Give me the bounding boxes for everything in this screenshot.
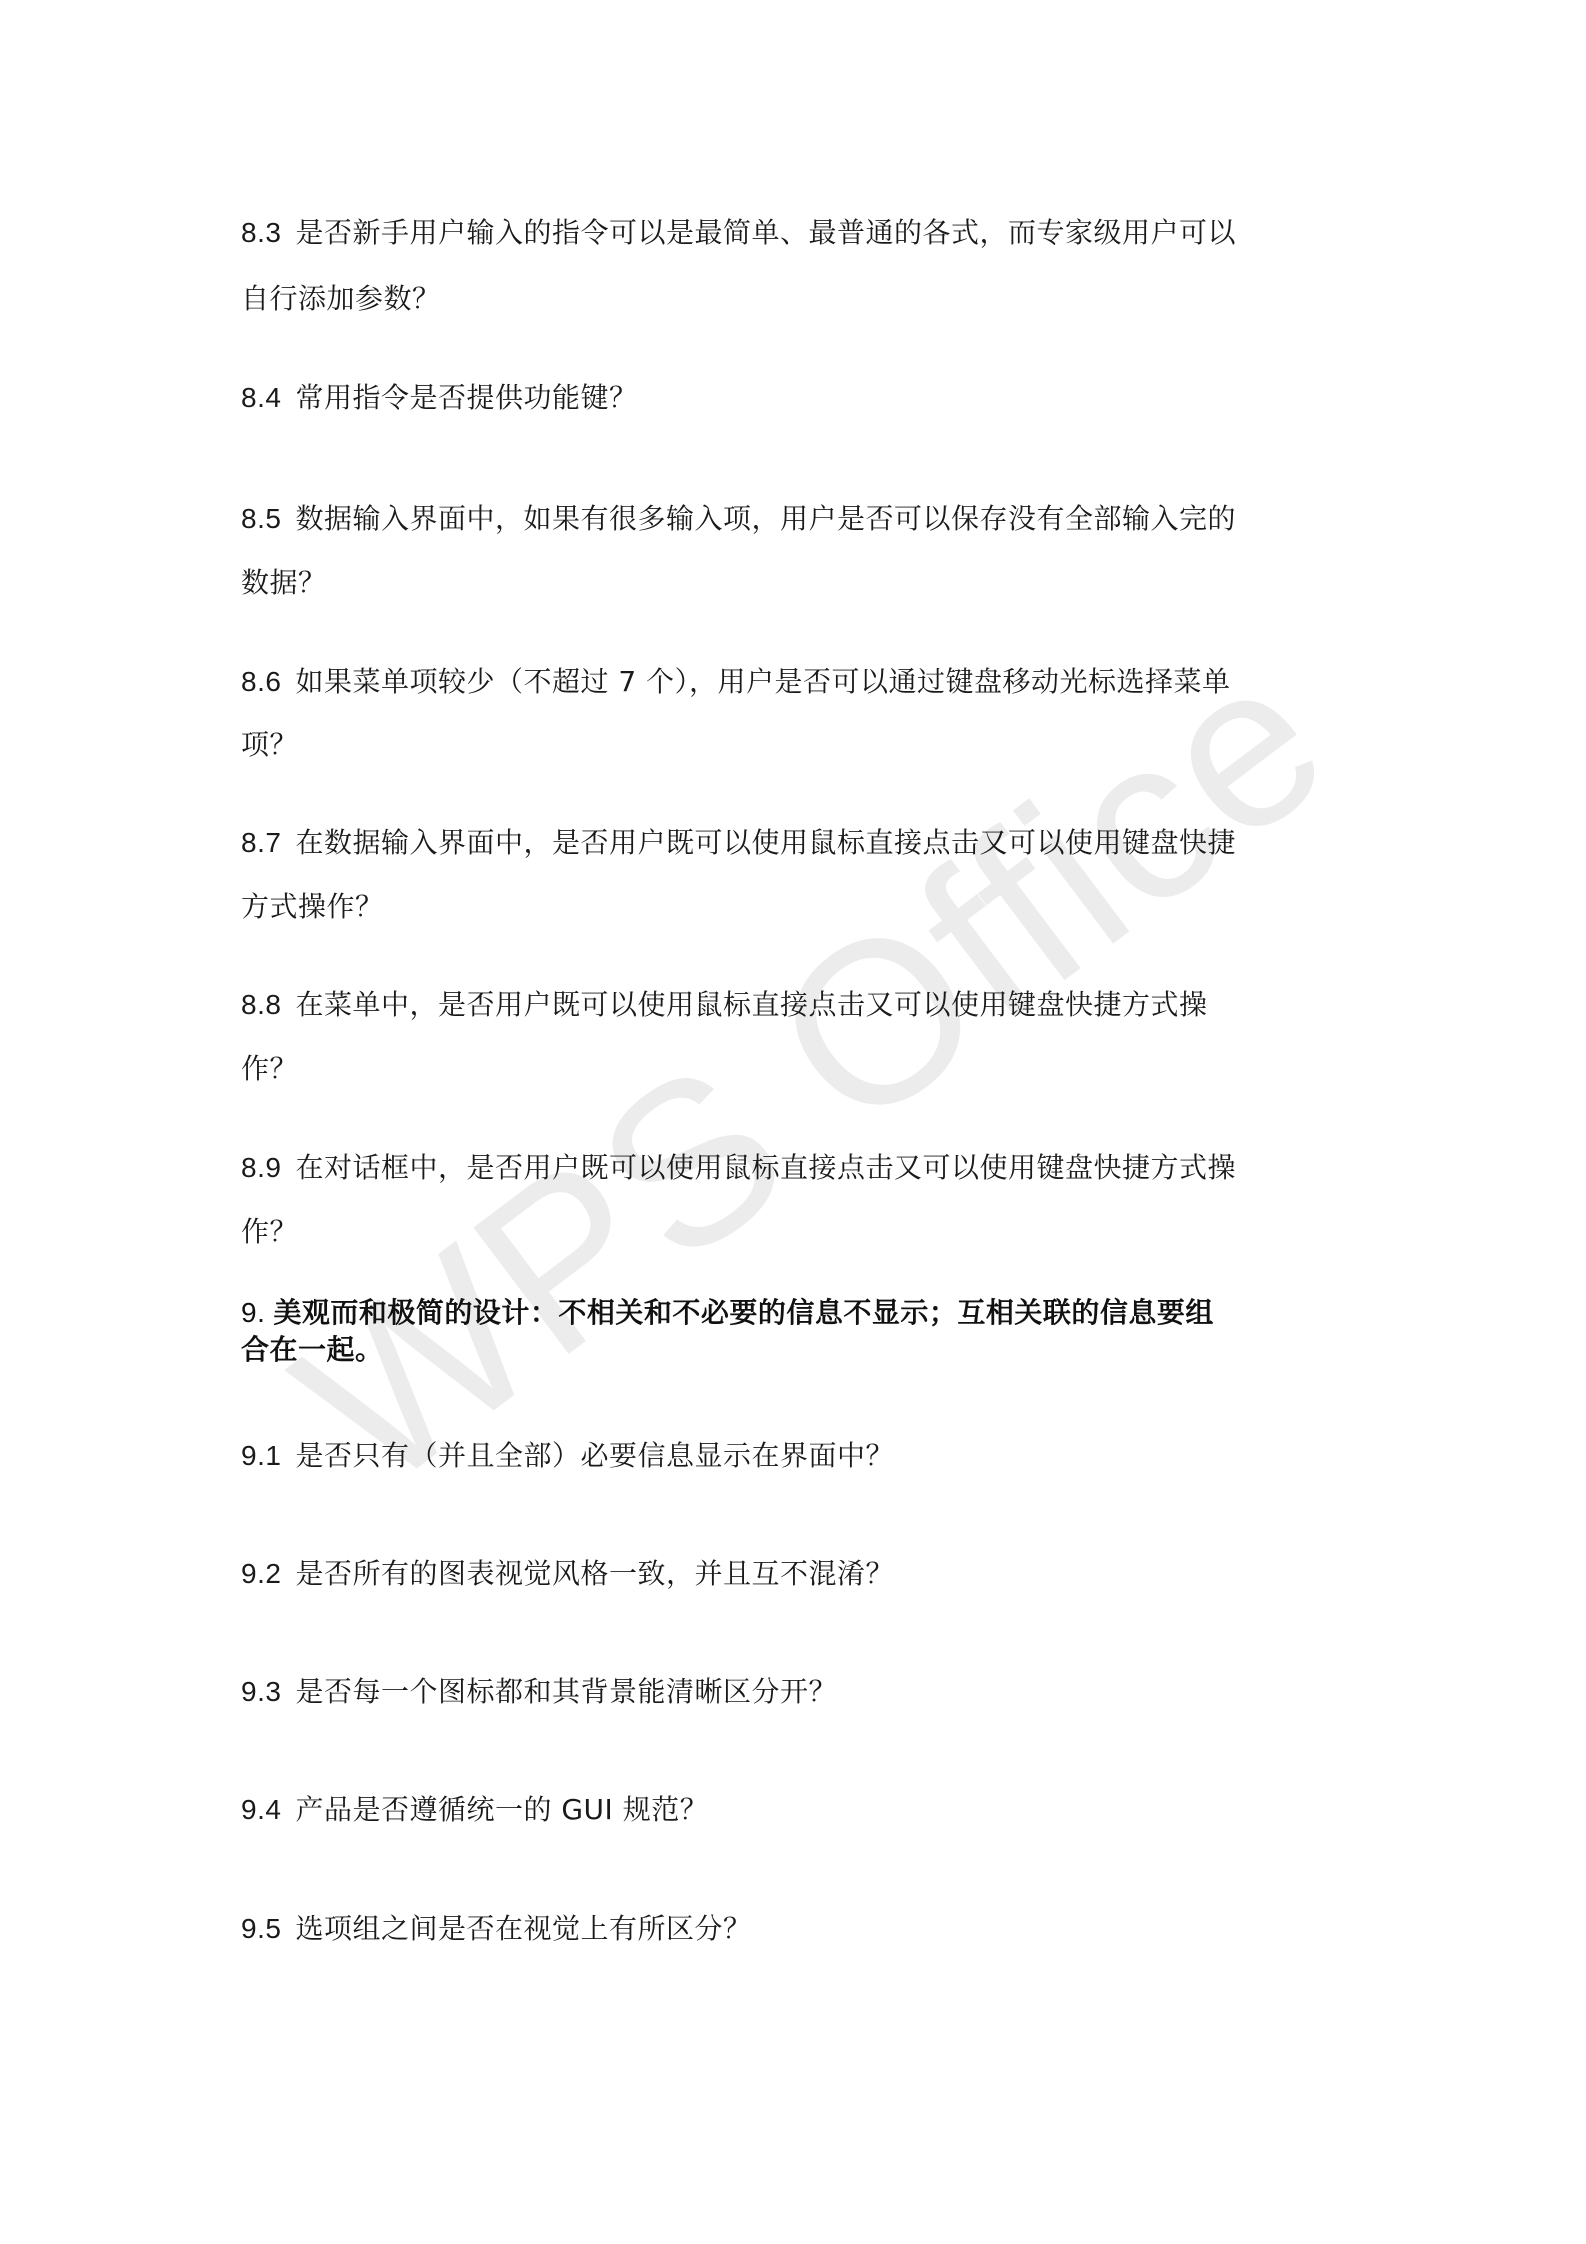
item-text: 数据输入界面中，如果有很多输入项，用户是否可以保存没有全部输入完的 [295, 502, 1236, 535]
item-9-1: 9.1是否只有（并且全部）必要信息显示在界面中？ [241, 1439, 894, 1473]
item-number: 8.7 [241, 826, 281, 860]
item-8-3-line-1: 8.3是否新手用户输入的指令可以是最简单、最普通的各式，而专家级用户可以 [241, 216, 1236, 250]
item-text: 选项组之间是否在视觉上有所区分？ [295, 1912, 751, 1945]
item-text: 在对话框中，是否用户既可以使用鼠标直接点击又可以使用键盘快捷方式操 [295, 1151, 1236, 1184]
item-8-6-line-2: 项？ [241, 728, 298, 762]
item-text: 在数据输入界面中，是否用户既可以使用鼠标直接点击又可以使用键盘快捷 [295, 826, 1236, 859]
section-9-heading-line-1: 9.美观而和极简的设计：不相关和不必要的信息不显示；互相关联的信息要组 [241, 1296, 1214, 1330]
item-number: 9.3 [241, 1675, 281, 1709]
item-8-5-line-1: 8.5数据输入界面中，如果有很多输入项，用户是否可以保存没有全部输入完的 [241, 502, 1236, 536]
item-text: 作？ [241, 1215, 298, 1248]
section-9-heading-line-2: 合在一起。 [241, 1333, 384, 1367]
document-page: WPS Office 8.3是否新手用户输入的指令可以是最简单、最普通的各式，而… [0, 0, 1586, 2244]
item-8-3-line-2: 自行添加参数？ [241, 282, 441, 316]
item-text: 产品是否遵循统一的 GUI 规范？ [295, 1793, 708, 1826]
section-number: 9. [241, 1296, 265, 1330]
item-text: 如果菜单项较少（不超过 7 个），用户是否可以通过键盘移动光标选择菜单 [295, 665, 1230, 698]
item-9-5: 9.5选项组之间是否在视觉上有所区分？ [241, 1912, 751, 1946]
item-number: 9.4 [241, 1793, 281, 1827]
item-8-6-line-1: 8.6如果菜单项较少（不超过 7 个），用户是否可以通过键盘移动光标选择菜单 [241, 665, 1231, 699]
item-8-7-line-1: 8.7在数据输入界面中，是否用户既可以使用鼠标直接点击又可以使用键盘快捷 [241, 826, 1236, 860]
item-text: 项？ [241, 728, 298, 761]
item-text: 是否只有（并且全部）必要信息显示在界面中？ [295, 1439, 894, 1472]
item-8-8-line-1: 8.8在菜单中，是否用户既可以使用鼠标直接点击又可以使用键盘快捷方式操 [241, 988, 1207, 1022]
section-heading-text: 合在一起。 [241, 1333, 384, 1366]
item-8-8-line-2: 作？ [241, 1052, 298, 1086]
item-text: 方式操作？ [241, 890, 384, 923]
item-9-3: 9.3是否每一个图标都和其背景能清晰区分开？ [241, 1675, 837, 1709]
item-8-9-line-2: 作？ [241, 1215, 298, 1249]
item-number: 8.4 [241, 381, 281, 415]
item-text: 数据？ [241, 566, 327, 599]
item-9-4: 9.4产品是否遵循统一的 GUI 规范？ [241, 1793, 708, 1827]
item-8-7-line-2: 方式操作？ [241, 890, 384, 924]
item-text: 是否新手用户输入的指令可以是最简单、最普通的各式，而专家级用户可以 [295, 216, 1236, 249]
item-number: 8.5 [241, 502, 281, 536]
item-number: 9.1 [241, 1439, 281, 1473]
item-number: 8.9 [241, 1151, 281, 1185]
item-text: 自行添加参数？ [241, 282, 441, 315]
item-8-4-line-1: 8.4常用指令是否提供功能键？ [241, 381, 637, 415]
item-8-5-line-2: 数据？ [241, 566, 327, 600]
item-number: 9.2 [241, 1557, 281, 1591]
item-text: 是否所有的图表视觉风格一致，并且互不混淆？ [295, 1557, 894, 1590]
item-number: 8.6 [241, 665, 281, 699]
item-number: 9.5 [241, 1912, 281, 1946]
item-text: 常用指令是否提供功能键？ [295, 381, 637, 414]
item-text: 是否每一个图标都和其背景能清晰区分开？ [295, 1675, 837, 1708]
item-9-2: 9.2是否所有的图表视觉风格一致，并且互不混淆？ [241, 1557, 894, 1591]
item-text: 在菜单中，是否用户既可以使用鼠标直接点击又可以使用键盘快捷方式操 [295, 988, 1207, 1021]
item-number: 8.8 [241, 988, 281, 1022]
item-number: 8.3 [241, 216, 281, 250]
watermark-text: WPS Office [251, 606, 1369, 1540]
section-heading-text: 美观而和极简的设计：不相关和不必要的信息不显示；互相关联的信息要组 [273, 1296, 1214, 1329]
item-8-9-line-1: 8.9在对话框中，是否用户既可以使用鼠标直接点击又可以使用键盘快捷方式操 [241, 1151, 1236, 1185]
item-text: 作？ [241, 1052, 298, 1085]
